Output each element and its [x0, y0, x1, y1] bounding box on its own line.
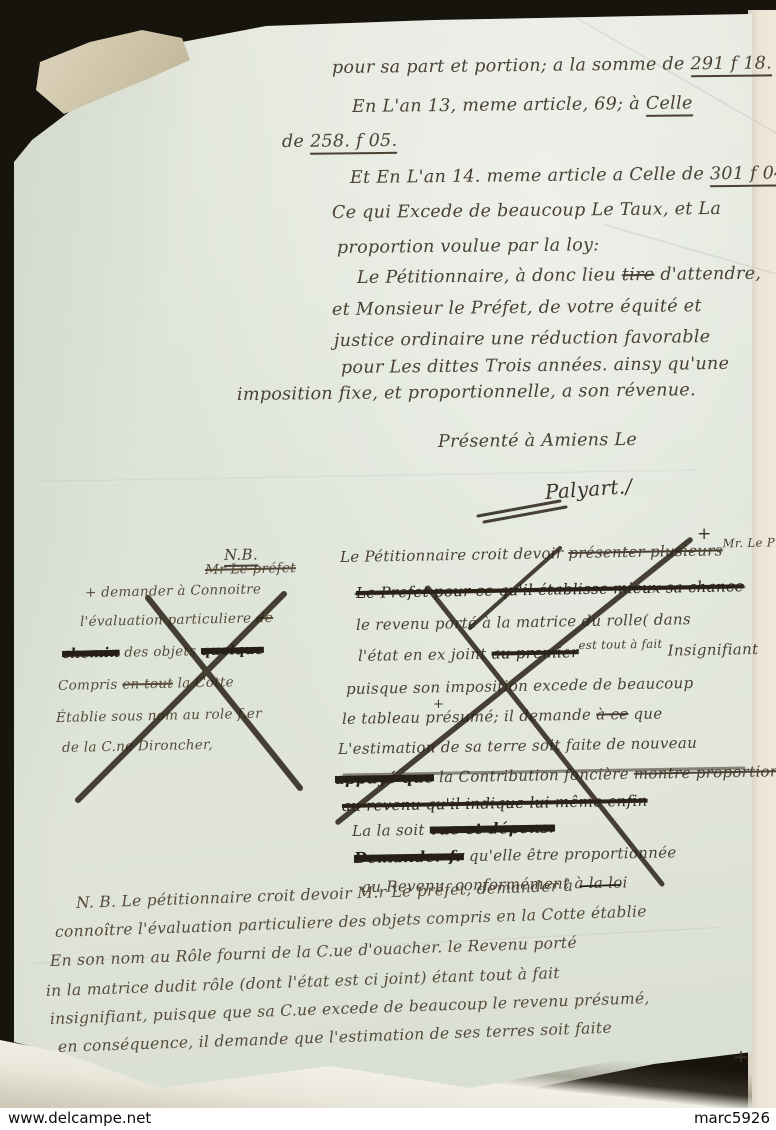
line-text: Ce qui Excede de beaucoup Le Taux, et La — [332, 199, 721, 223]
line-text: qu'elle être proportionnée — [464, 843, 677, 865]
line-text: En L'an 13, meme article, 69; à — [352, 94, 646, 117]
watermark-bar: www.delcampe.net marc5926 — [0, 1108, 776, 1130]
line-text: La la — [352, 821, 396, 840]
line-text: Insignifiant — [662, 640, 758, 660]
line-text: proportion voulue par la loy: — [337, 235, 600, 258]
line-text: de la C.ne Dironcher, — [62, 737, 213, 756]
manuscript-line: proportion voulue par la loy: — [337, 235, 600, 258]
line-text: Présenté à Amiens Le — [438, 430, 637, 452]
watermark-left: www.delcampe.net — [8, 1109, 151, 1127]
line-text: l'état en ex joint — [358, 645, 492, 665]
struck-words: montre proportion — [634, 762, 776, 783]
manuscript-line: de 258. f 05. — [282, 131, 398, 152]
margin-line: de la C.ne Dironcher, — [62, 737, 213, 756]
blotted-words: appuyé que — [335, 768, 434, 788]
manuscript-line: La la soit vue et dépens: — [352, 818, 555, 840]
line-text: que — [628, 704, 662, 723]
plus-mark: + — [697, 524, 711, 544]
manuscript-line: En L'an 13, meme article, 69; à Celle — [352, 93, 693, 117]
plus-mark: + — [433, 697, 444, 712]
line-text: et Monsieur le Préfet, de votre équité e… — [332, 296, 702, 320]
watermark-right: marc5926 — [694, 1109, 770, 1127]
line-text: la Cotte — [173, 674, 234, 691]
line-text: Et En L'an 14. meme article a Celle de — [350, 164, 710, 188]
struck-words: de — [256, 610, 274, 626]
line-text: des objets — [119, 643, 201, 661]
blotted-words: chemin — [62, 645, 120, 662]
underlined-amount: 258. f 05. — [310, 131, 398, 155]
line-text: justice ordinaire une réduction favorabl… — [334, 327, 711, 351]
blotted-words: Demander fr — [354, 847, 464, 867]
blotted-words: vue et dépens: — [430, 818, 556, 838]
struck-words: au premier — [491, 643, 578, 663]
manuscript-line: Ce qui Excede de beaucoup Le Taux, et La — [332, 199, 721, 223]
plus-glyph: + — [697, 524, 711, 544]
ink-dash: ——— — [578, 874, 619, 894]
manuscript-line: pour sa part et portion; a la somme de 2… — [332, 53, 772, 78]
manuscript-line: Le Pétitionnaire, à donc lieu tire d'att… — [357, 264, 761, 288]
line-text: Compris — [58, 677, 123, 694]
line-text: de — [282, 132, 310, 152]
manuscript-line: et Monsieur le Préfet, de votre équité e… — [332, 296, 702, 320]
struck-word: tire — [622, 265, 655, 285]
line-text: la Contribution foncière — [434, 765, 634, 786]
presented-line: Présenté à Amiens Le — [438, 430, 637, 452]
struck-words: présenter plusieurs — [568, 541, 723, 562]
underlined-amount: 301 f 04. — [710, 163, 776, 187]
manuscript-line: justice ordinaire une réduction favorabl… — [334, 327, 711, 351]
underlined-amount: 291 f 18. — [690, 53, 772, 77]
plus-glyph: + — [433, 697, 444, 712]
manuscript-line: Et En L'an 14. meme article a Celle de 3… — [350, 163, 776, 188]
blotted-words: quelque — [201, 642, 264, 659]
manuscript-line: pour Les dittes Trois années. ainsy qu'u… — [341, 354, 729, 378]
struck-words: en tout — [122, 676, 173, 693]
inserted-words: est tout à fait — [578, 636, 662, 651]
line-text: pour Les dittes Trois années. ainsy qu'u… — [341, 354, 729, 378]
line-text: d'attendre, — [654, 264, 761, 285]
scanned-document: pour sa part et portion; a la somme de 2… — [0, 0, 776, 1130]
underlined-word: Celle — [646, 93, 693, 116]
line-text: soit — [396, 821, 430, 840]
inserted-words: Mr. Le Prefet — [722, 535, 776, 550]
line-text: Le Pétitionnaire, à donc lieu — [357, 265, 622, 288]
line-text: pour sa part et portion; a la somme de — [332, 54, 691, 78]
struck-words: Mr Le préfet — [205, 560, 296, 578]
margin-line: Mr Le préfet — [205, 560, 296, 578]
line-text: particuliere — [167, 610, 256, 628]
line-text: l'évaluation — [80, 612, 168, 630]
struck-words: à ce — [596, 705, 629, 724]
